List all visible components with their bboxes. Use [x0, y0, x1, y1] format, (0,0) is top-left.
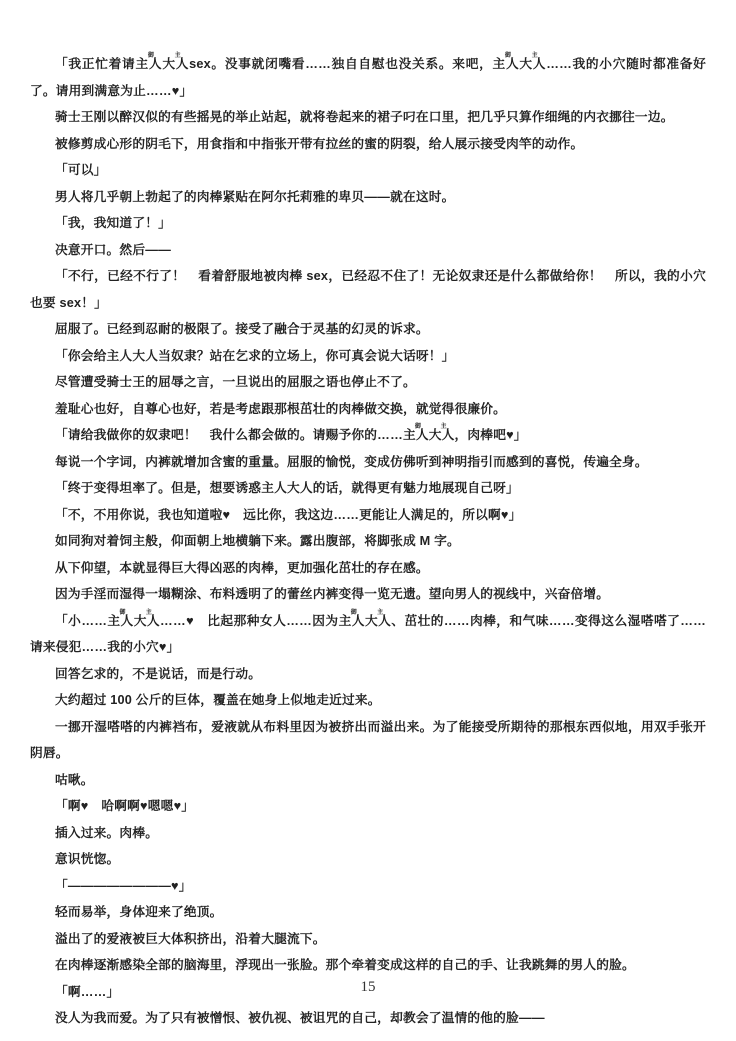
paragraph: 没人为我而爱。为了只有被憎恨、被仇视、被诅咒的自己，却教会了温情的他的脸—— [30, 1005, 706, 1032]
paragraph: 被修剪成心形的阴毛下，用食指和中指张开带有拉丝的蜜的阴裂，给人展示接受肉竿的动作… [30, 131, 706, 158]
ruby-annotated-char: 大主 [134, 614, 147, 628]
paragraph: 「不，不用你说，我也知道啦♥ 远比你，我这边……更能让人满足的，所以啊♥」 [30, 502, 706, 529]
paragraph: 「可以」 [30, 157, 706, 184]
paragraph: 「我，我知道了！」 [30, 210, 706, 237]
paragraph: 如同狗对着饲主般，仰面朝上地横躺下来。露出腹部，将脚张成 M 字。 [30, 528, 706, 555]
page-number: 15 [0, 979, 736, 996]
ruby-text: 主 [150, 53, 181, 59]
paragraph: 从下仰望，本就显得巨大得凶恶的肉棒，更加强化茁壮的存在感。 [30, 555, 706, 582]
paragraph: 决意开口。然后—— [30, 237, 706, 264]
paragraph: 羞耻心也好，自尊心也好，若是考虑跟那根茁壮的肉棒做交换，就觉得很廉价。 [30, 396, 706, 423]
paragraph: 「终于变得坦率了。但是，想要诱惑主人大人的话，就得更有魅力地展现自己呀」 [30, 475, 706, 502]
paragraph: 「请给我做你的奴隶吧！ 我什么都会做的。请赐予你的……主御人大主人，肉棒吧♥」 [30, 422, 706, 449]
ruby-annotated-char: 主御 [403, 428, 416, 442]
paragraph: 「小……主御人大主人……♥ 比起那种女人……因为主御人大主人、茁壮的……肉棒，和… [30, 608, 706, 661]
ruby-text: 主 [121, 610, 152, 616]
paragraph: 每说一个字词，内裤就增加含蜜的重量。屈服的愉悦，变成仿佛听到神明指引而感到的喜悦… [30, 449, 706, 476]
ruby-annotated-char: 大主 [162, 57, 175, 71]
paragraph: 「————————♥」 [30, 873, 706, 900]
paragraph: 男人将几乎朝上勃起了的肉棒紧贴在阿尔托莉雅的卑贝——就在这时。 [30, 184, 706, 211]
ruby-annotated-char: 大主 [429, 428, 442, 442]
ruby-text: 主 [352, 610, 383, 616]
ruby-annotated-char: 主御 [493, 57, 506, 71]
page-text: 「我正忙着请主御人大主人sex。没事就闭嘴看……独自自慰也没关系。来吧，主御人大… [30, 51, 706, 1032]
paragraph: 意识恍惚。 [30, 846, 706, 873]
document-page: 「我正忙着请主御人大主人sex。没事就闭嘴看……独自自慰也没关系。来吧，主御人大… [0, 0, 736, 1041]
paragraph: 屈服了。已经到忍耐的极限了。接受了融合于灵基的幻灵的诉求。 [30, 316, 706, 343]
paragraph: 在肉棒逐渐感染全部的脑海里，浮现出一张脸。那个牵着变成这样的自己的手、让我跳舞的… [30, 952, 706, 979]
paragraph: 咕啾。 [30, 767, 706, 794]
paragraph: 因为手淫而湿得一塌糊涂、布料透明了的蕾丝内裤变得一览无遗。望向男人的视线中，兴奋… [30, 581, 706, 608]
ruby-text: 主 [416, 424, 447, 430]
paragraph: 骑士王刚以醉汉似的有些摇晃的举止站起，就将卷起来的裙子叼在口里，把几乎只算作细绳… [30, 104, 706, 131]
ruby-annotated-char: 大主 [365, 614, 378, 628]
paragraph: 「不行，已经不行了！ 看着舒服地被肉棒 sex，已经忍不住了！无论奴隶还是什么都… [30, 263, 706, 316]
ruby-annotated-char: 主御 [107, 614, 120, 628]
paragraph: 一挪开湿嗒嗒的内裤裆布，爱液就从布料里因为被挤出而溢出来。为了能接受所期待的那根… [30, 714, 706, 767]
ruby-annotated-char: 大主 [519, 57, 532, 71]
paragraph: 溢出了的爱液被巨大体积挤出，沿着大腿流下。 [30, 926, 706, 953]
paragraph: 轻而易举，身体迎来了绝顶。 [30, 899, 706, 926]
ruby-annotated-char: 主御 [135, 57, 148, 71]
ruby-annotated-char: 主御 [339, 614, 352, 628]
paragraph: 「我正忙着请主御人大主人sex。没事就闭嘴看……独自自慰也没关系。来吧，主御人大… [30, 51, 706, 104]
paragraph: 「你会给主人大人当奴隶？站在乞求的立场上，你可真会说大话呀！」 [30, 343, 706, 370]
ruby-text: 主 [507, 53, 538, 59]
paragraph: 插入过来。肉棒。 [30, 820, 706, 847]
paragraph: 大约超过 100 公斤的巨体，覆盖在她身上似地走近过来。 [30, 687, 706, 714]
paragraph: 「啊♥ 哈啊啊♥嗯嗯♥」 [30, 793, 706, 820]
paragraph: 回答乞求的，不是说话，而是行动。 [30, 661, 706, 688]
paragraph: 尽管遭受骑士王的屈辱之言，一旦说出的屈服之语也停止不了。 [30, 369, 706, 396]
